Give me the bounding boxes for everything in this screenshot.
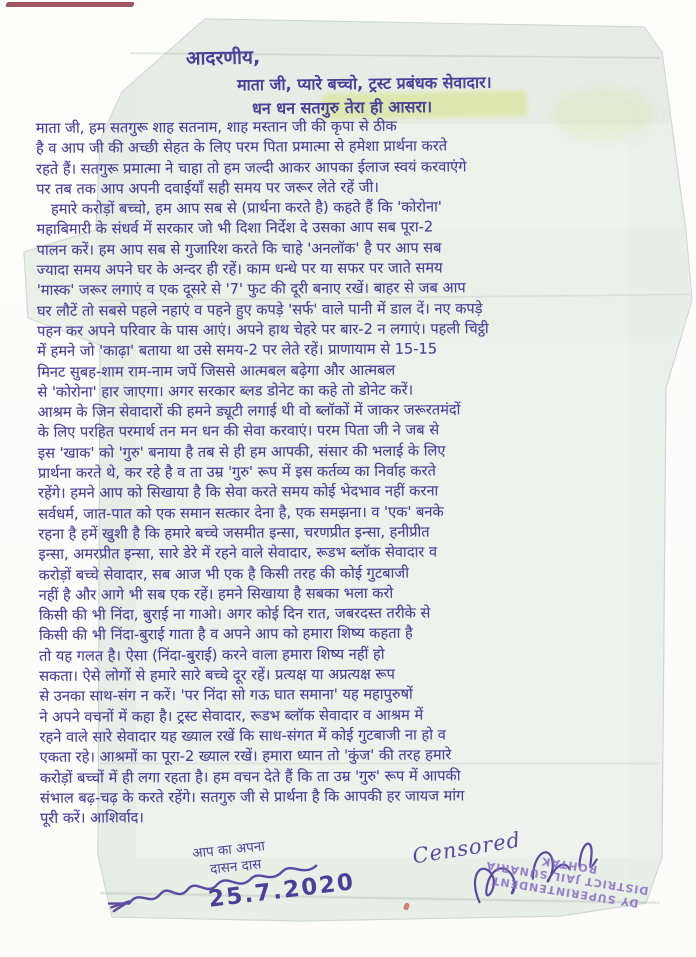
letter-line: पूरी करें। आशिर्वाद। (40, 805, 668, 829)
scanned-letter-page: आदरणीय, माता जी, प्यारे बच्चो, ट्रस्ट प्… (0, 0, 696, 957)
red-scan-mark (5, 2, 135, 7)
letter-body: माता जी, हम सतगुरू शाह सतनाम, शाह मस्तान… (36, 115, 668, 829)
letter-addressee-line: माता जी, प्यारे बच्चो, ट्रस्ट प्रबंधक से… (237, 71, 492, 96)
letter-invocation-line: धन धन सतगुरु तेरा ही आसरा। (252, 95, 432, 119)
letter-salutation: आदरणीय, (186, 43, 261, 70)
